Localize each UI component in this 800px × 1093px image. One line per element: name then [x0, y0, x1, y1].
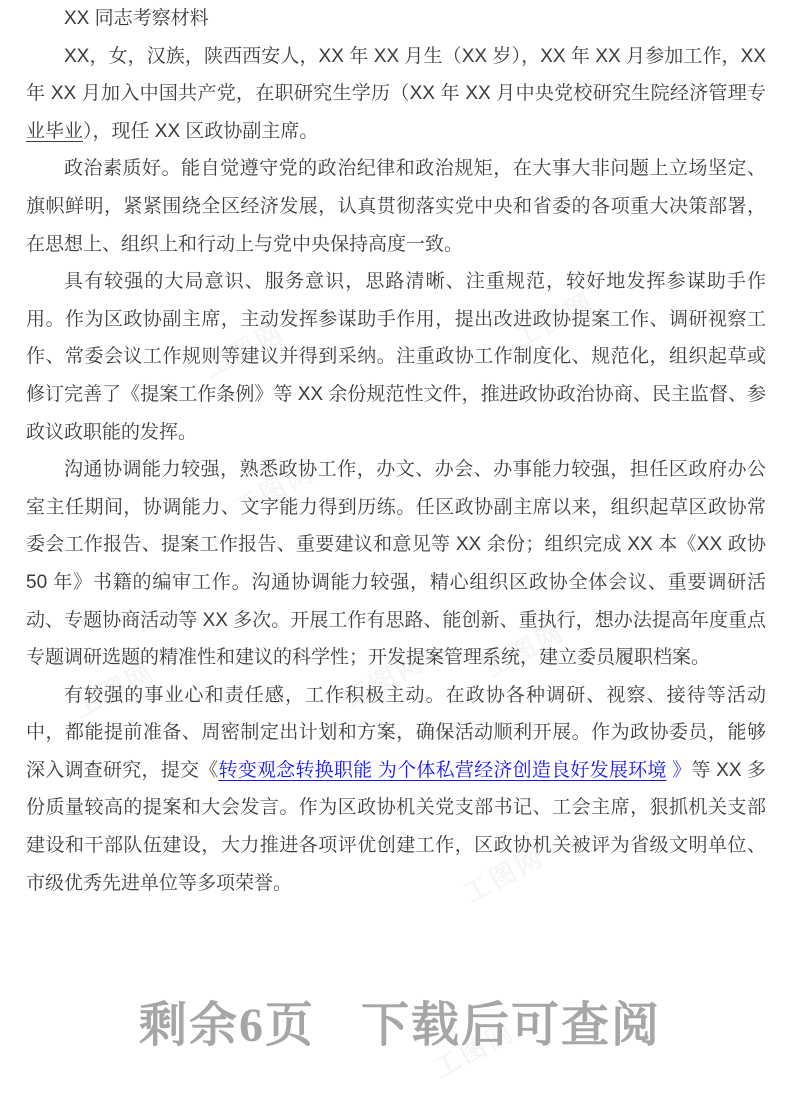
paragraph-political-quality: 政治素质好。能自觉遵守党的政治纪律和政治规矩，在大事大非问题上立场坚定、旗帜鲜明… — [26, 150, 766, 263]
remaining-pages-count: 剩余6页 — [139, 999, 315, 1052]
basic-info-text-start: XX，女，汉族，陕西西安人，XX 年 XX 月生（XX 岁），XX 年 XX 月… — [26, 46, 766, 105]
document-body: XX 同志考察材料 XX，女，汉族，陕西西安人，XX 年 XX 月生（XX 岁）… — [0, 0, 800, 902]
education-underlined-text: 业毕业 — [26, 121, 83, 142]
document-title: XX 同志考察材料 — [26, 0, 766, 38]
proposal-title-link[interactable]: 转变观念转换职能 为个体私营经济创造良好发展环境 — [218, 760, 666, 781]
paragraph-responsibility: 有较强的事业心和责任感，工作积极主动。在政协各种调研、视察、接待等活动中，都能提… — [26, 677, 766, 903]
remaining-pages-notice: 剩余6页下载后可查阅 — [0, 986, 800, 1055]
basic-info-text-end: ），现任 XX 区政协副主席。 — [83, 121, 318, 142]
paragraph-basic-info: XX，女，汉族，陕西西安人，XX 年 XX 月生（XX 岁），XX 年 XX 月… — [26, 38, 766, 151]
paragraph-coordination-ability: 沟通协调能力较强，熟悉政协工作，办文、办会、办事能力较强，担任区政府办公室主任期… — [26, 451, 766, 677]
document-page: 工图网 工图网 工图网 工图网 工图网 工图网 工图网 工图网 XX 同志考察材… — [0, 0, 800, 1093]
proposal-link-closing-bracket: 》 — [667, 760, 692, 781]
paragraph-overall-awareness: 具有较强的大局意识、服务意识，思路清晰、注重规范，较好地发挥参谋助手作用。作为区… — [26, 263, 766, 451]
download-to-view-hint: 下载后可查阅 — [361, 999, 661, 1052]
